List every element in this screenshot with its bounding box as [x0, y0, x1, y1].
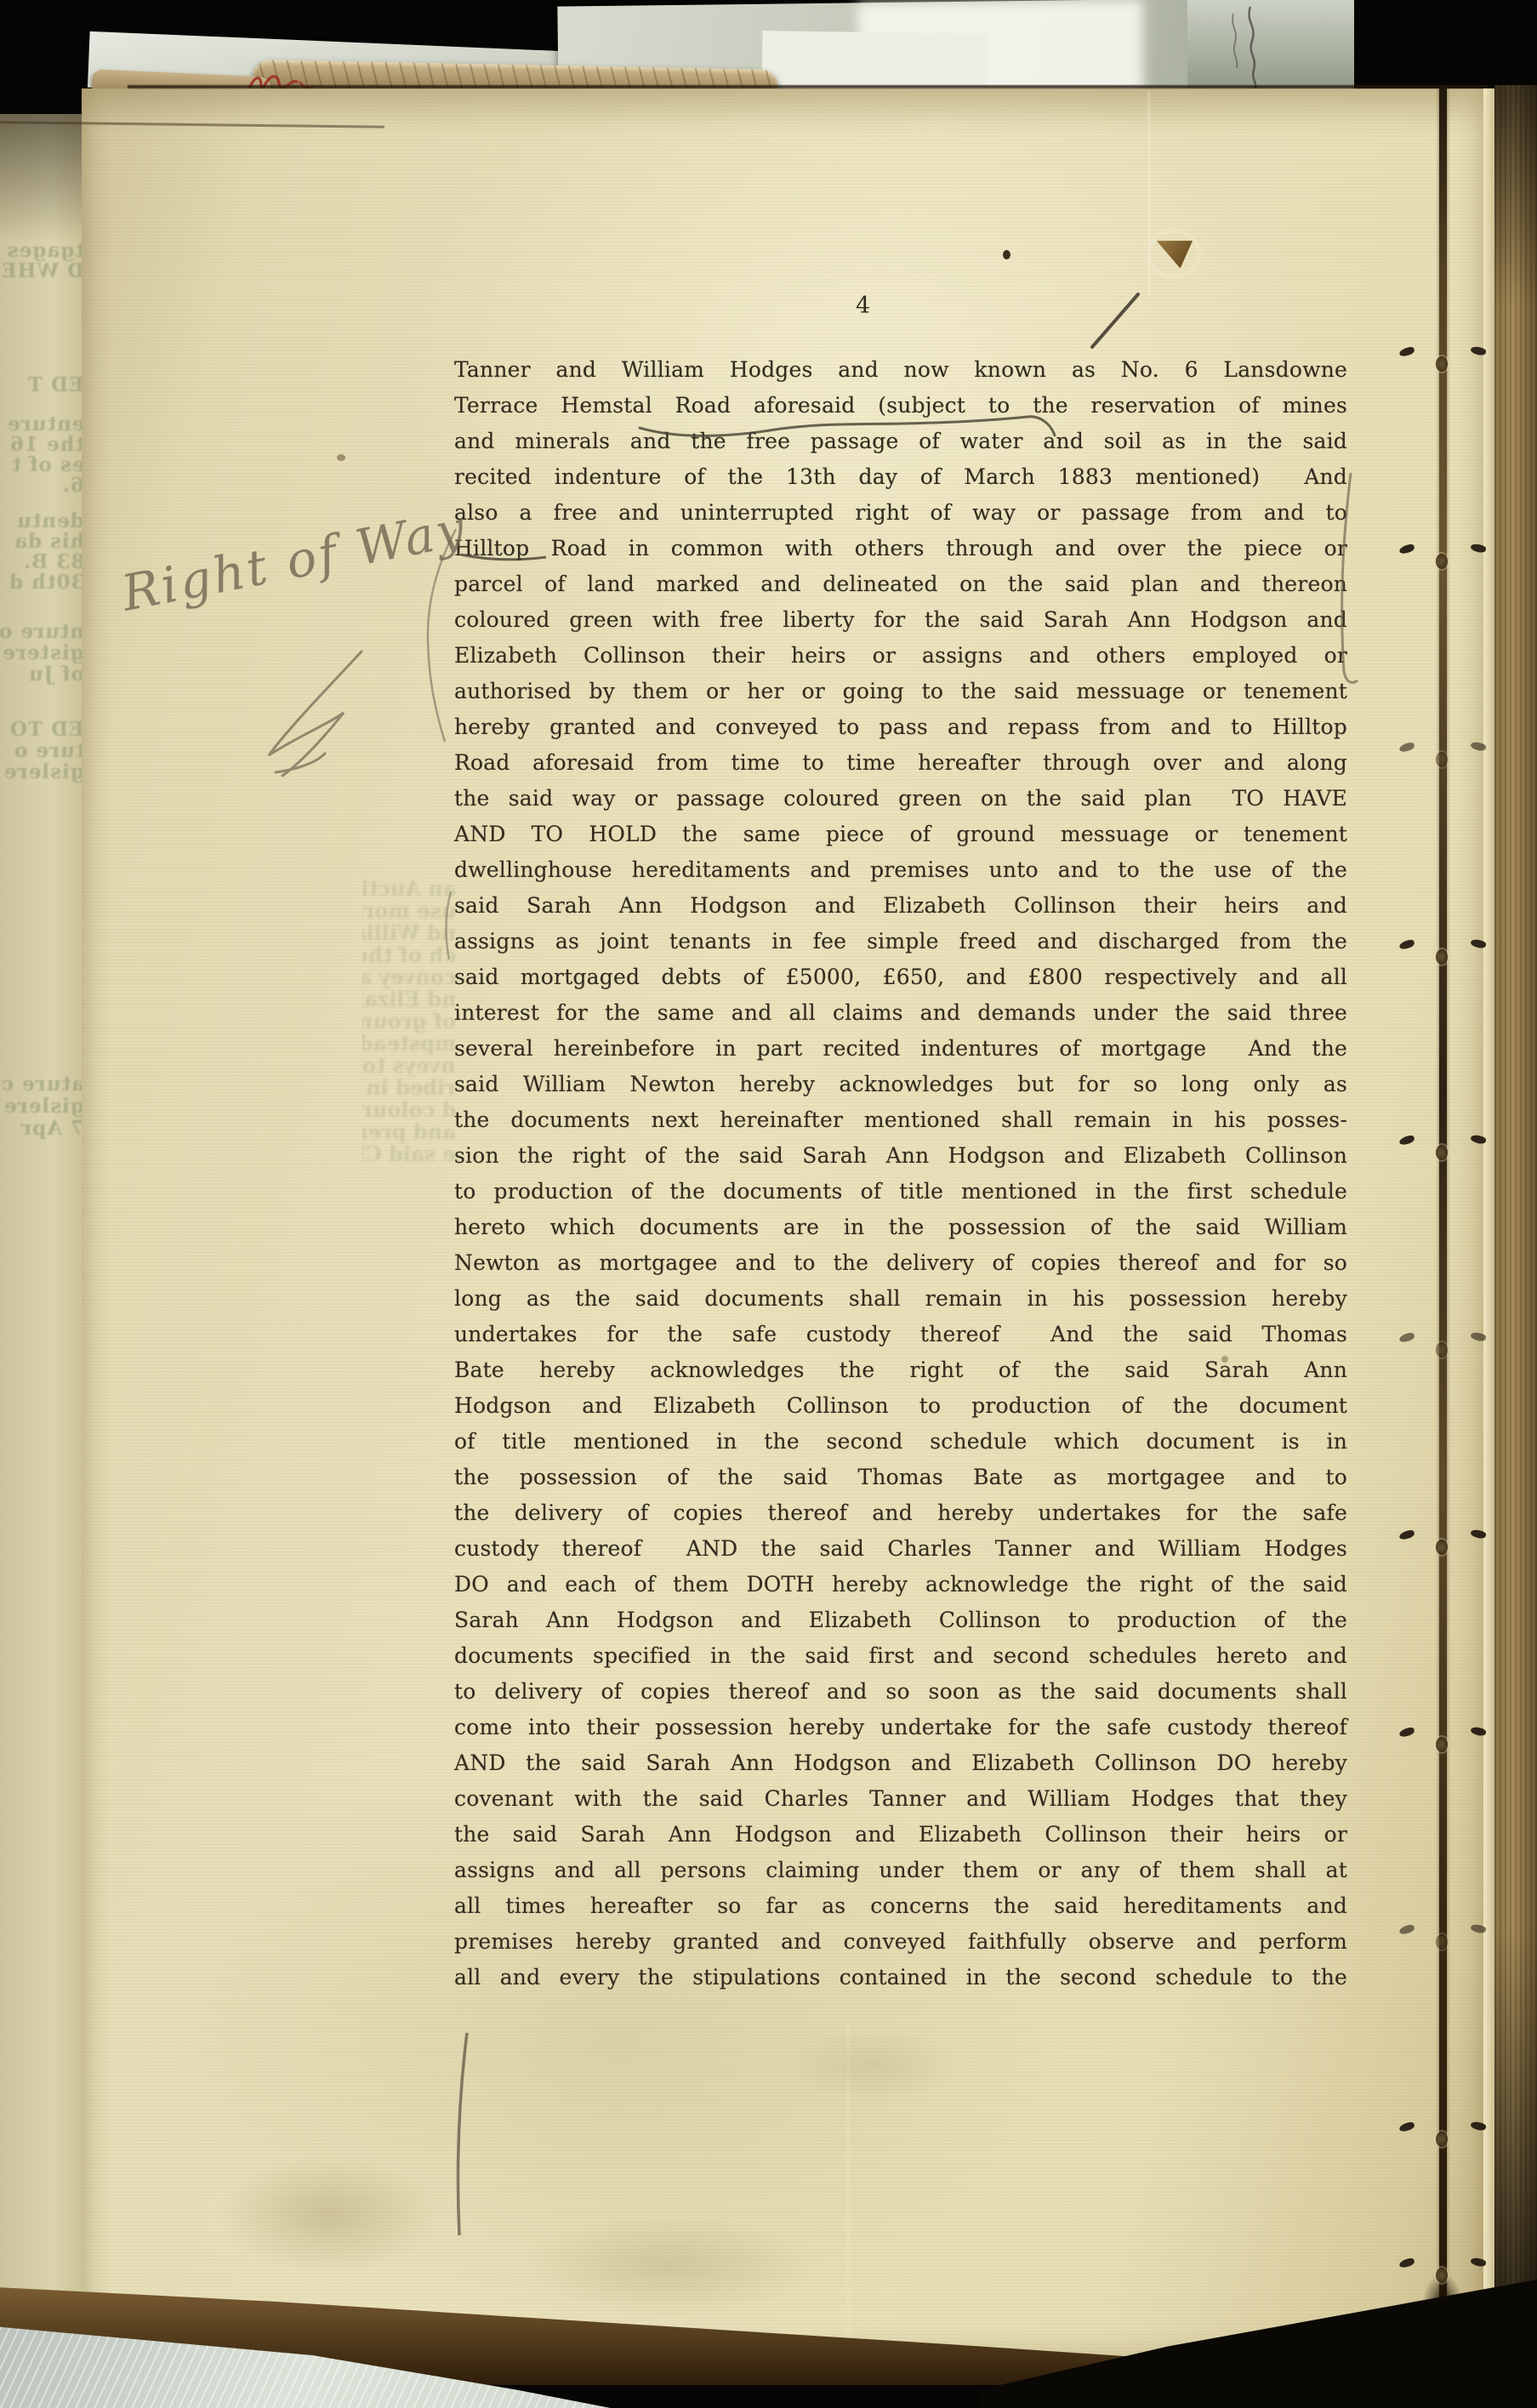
wavy-underline	[640, 417, 1055, 436]
underline-also-a	[461, 555, 546, 560]
margin-tick	[447, 891, 452, 959]
stitch-hole	[1436, 1145, 1448, 1160]
stitch-hole	[1436, 554, 1448, 569]
binding-seam-thread	[1439, 87, 1447, 2322]
margin-bracket	[428, 529, 456, 742]
stitch-hole	[1436, 2268, 1448, 2283]
stitch-hole	[1436, 752, 1448, 767]
stitch-hole	[1436, 1737, 1448, 1752]
stitch-hole	[1436, 1934, 1448, 1950]
slash-mark	[1092, 294, 1138, 347]
stitch-hole	[1436, 2132, 1448, 2147]
margin-line-long	[458, 2033, 467, 2235]
stitch-hole	[1436, 1342, 1448, 1358]
stitch-hole	[1436, 949, 1448, 965]
stacked-page-edges	[1494, 85, 1537, 2331]
edge-fade	[1494, 85, 1537, 2331]
stitch-hole	[1436, 1540, 1448, 1555]
book-scan: tgages andD WHEREASED Tenturethe 16es of…	[0, 0, 1537, 2408]
page-top-edge	[128, 85, 1489, 88]
stitch-hole	[1436, 356, 1448, 372]
pencil-marks	[0, 0, 1537, 2408]
page-edge-highlight	[1483, 88, 1494, 2297]
right-margin-line	[1342, 473, 1358, 682]
